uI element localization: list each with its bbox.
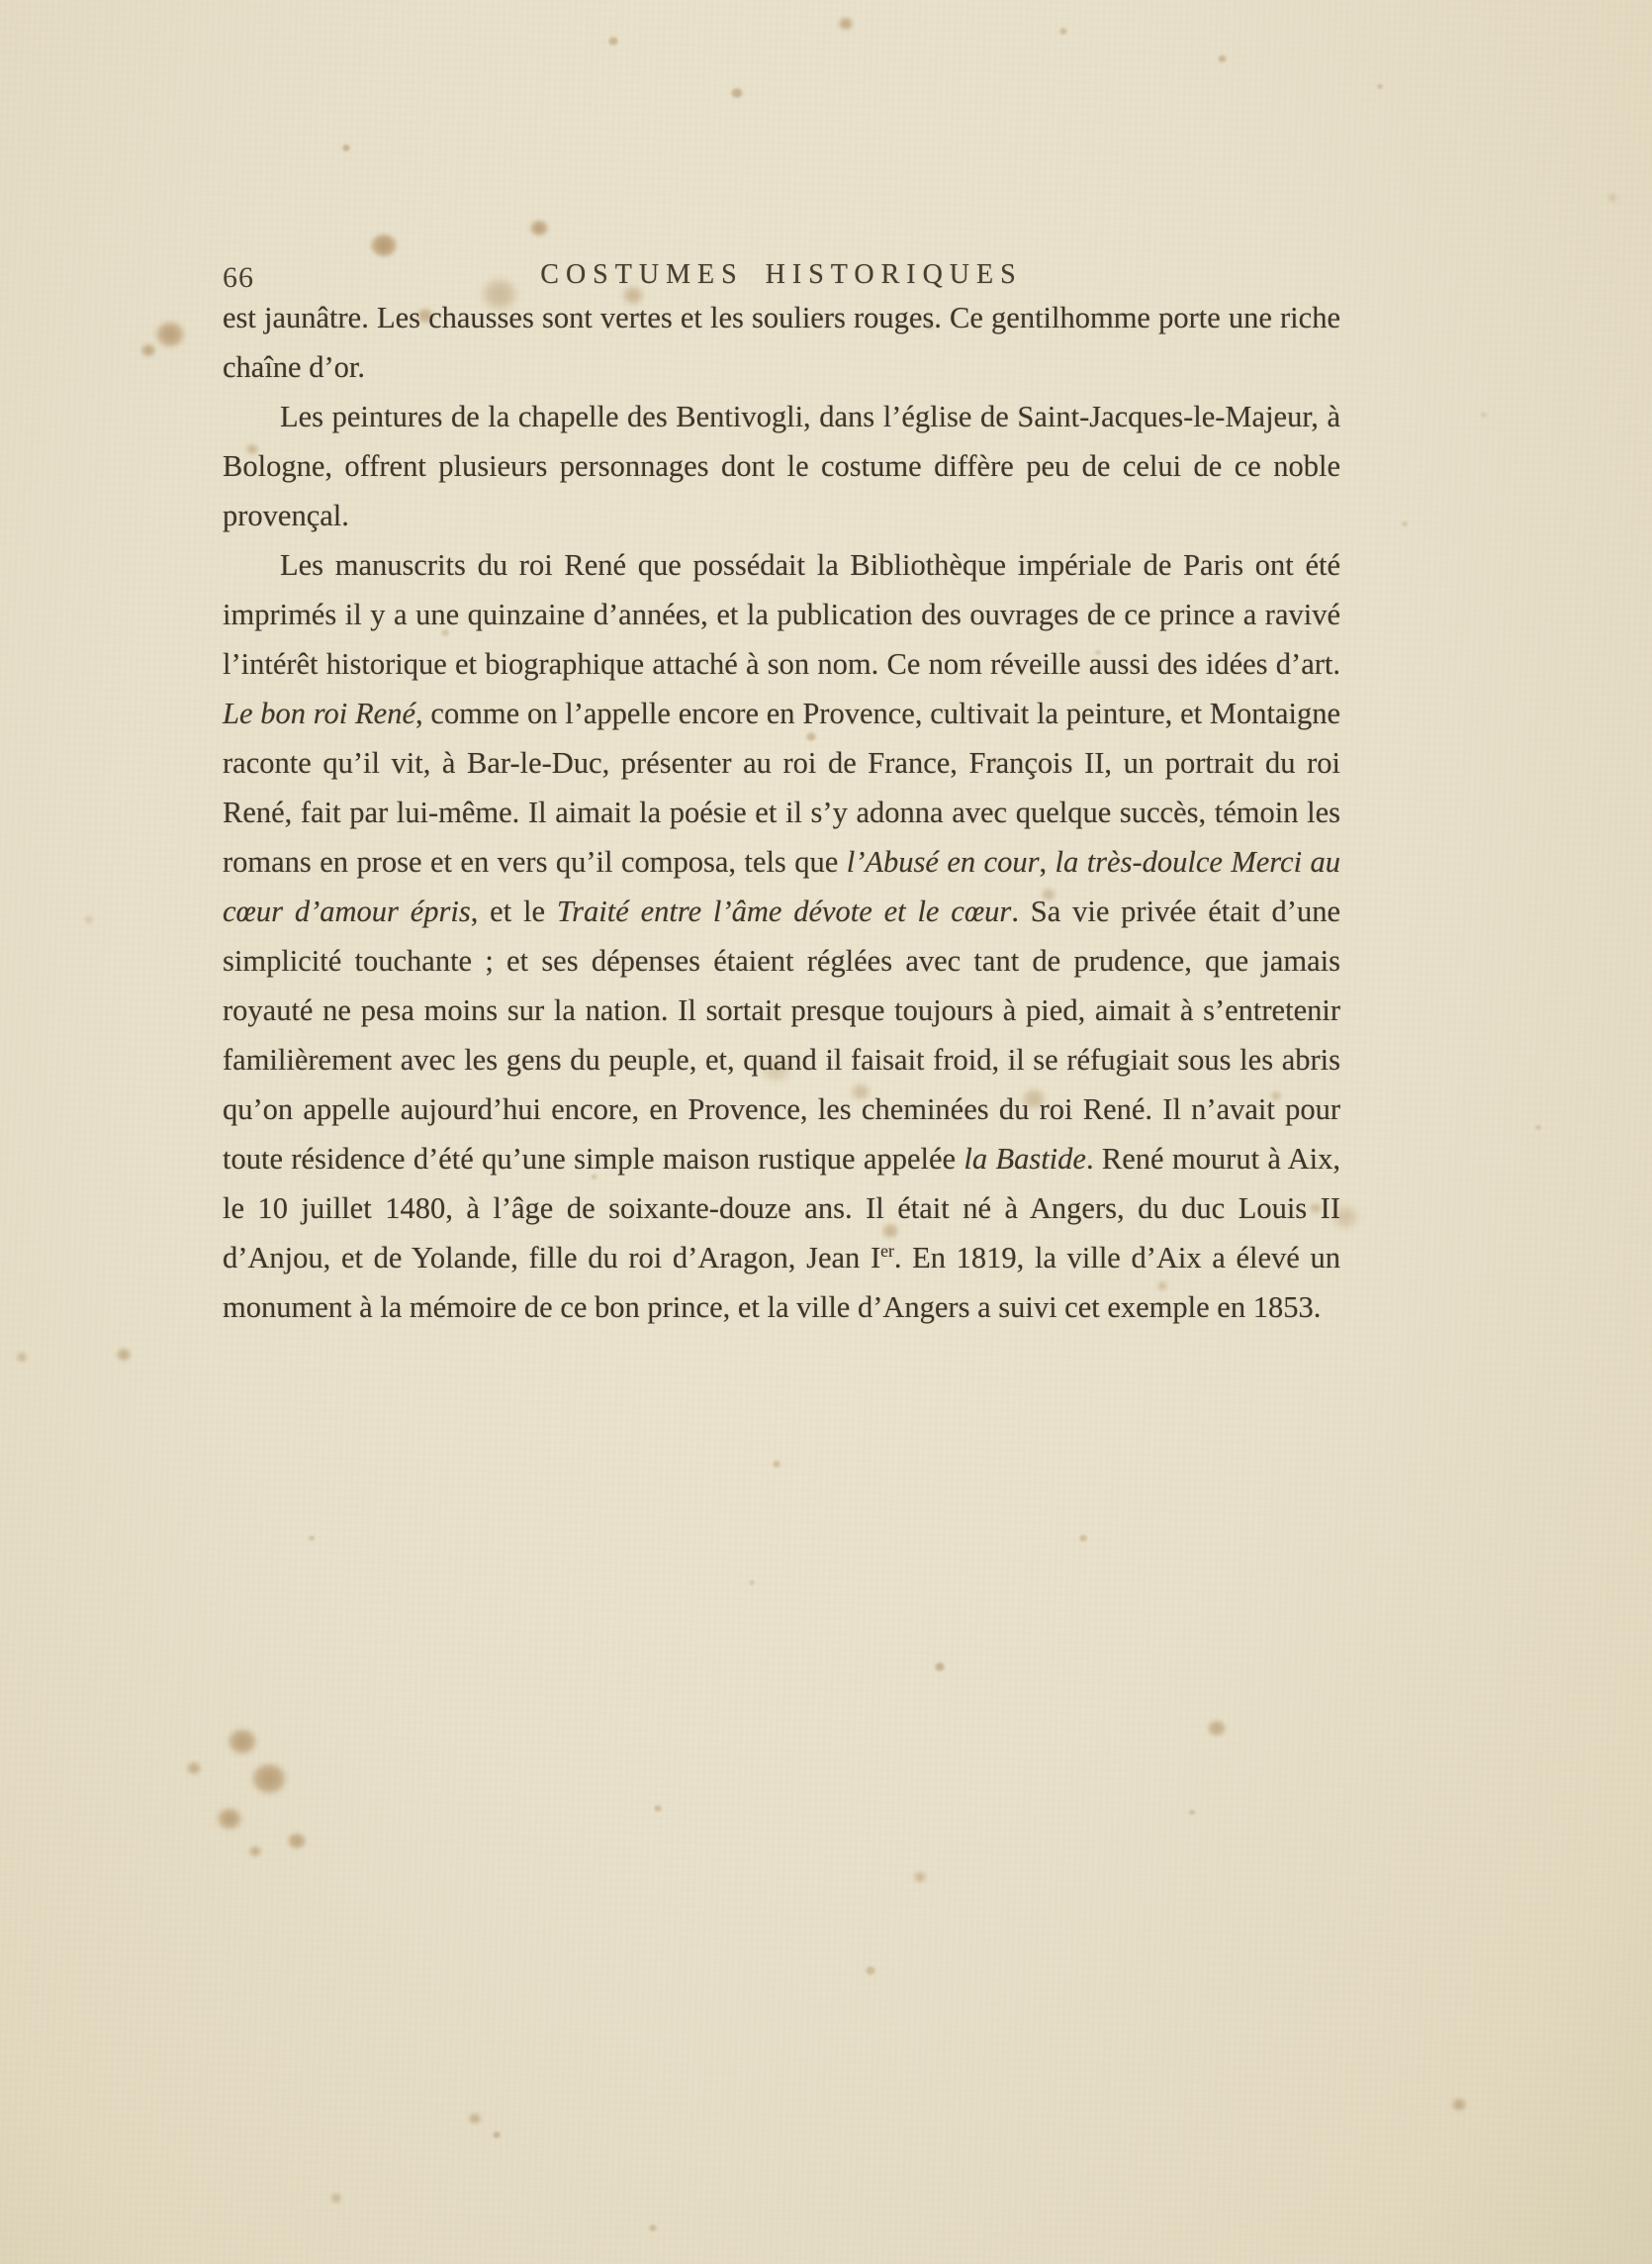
paragraph: Les peintures de la chapelle des Bentivo… bbox=[223, 392, 1340, 540]
text-run: Traité entre l’âme dévote et le cœur bbox=[557, 895, 1011, 928]
text-run: Les manuscrits du roi René que possédait… bbox=[223, 548, 1340, 681]
text-run: la Bastide bbox=[964, 1142, 1086, 1176]
paragraph: est jaunâtre. Les chausses sont vertes e… bbox=[223, 293, 1340, 392]
text-run: est jaunâtre. Les chausses sont vertes e… bbox=[223, 301, 1340, 384]
text-run: Les peintures de la chapelle des Bentivo… bbox=[223, 400, 1340, 532]
text-block: est jaunâtre. Les chausses sont vertes e… bbox=[223, 293, 1340, 1332]
running-title: COSTUMES HISTORIQUES bbox=[223, 259, 1340, 291]
text-run: er bbox=[880, 1241, 894, 1261]
text-run: , bbox=[1039, 845, 1055, 879]
text-run: Le bon roi René bbox=[223, 697, 415, 730]
text-run: l’Abusé en cour bbox=[847, 845, 1040, 879]
text-run: . Sa vie privée était d’une simplicité t… bbox=[223, 895, 1340, 1176]
paragraph: Les manuscrits du roi René que possédait… bbox=[223, 540, 1340, 1332]
text-run: , et le bbox=[471, 895, 557, 928]
